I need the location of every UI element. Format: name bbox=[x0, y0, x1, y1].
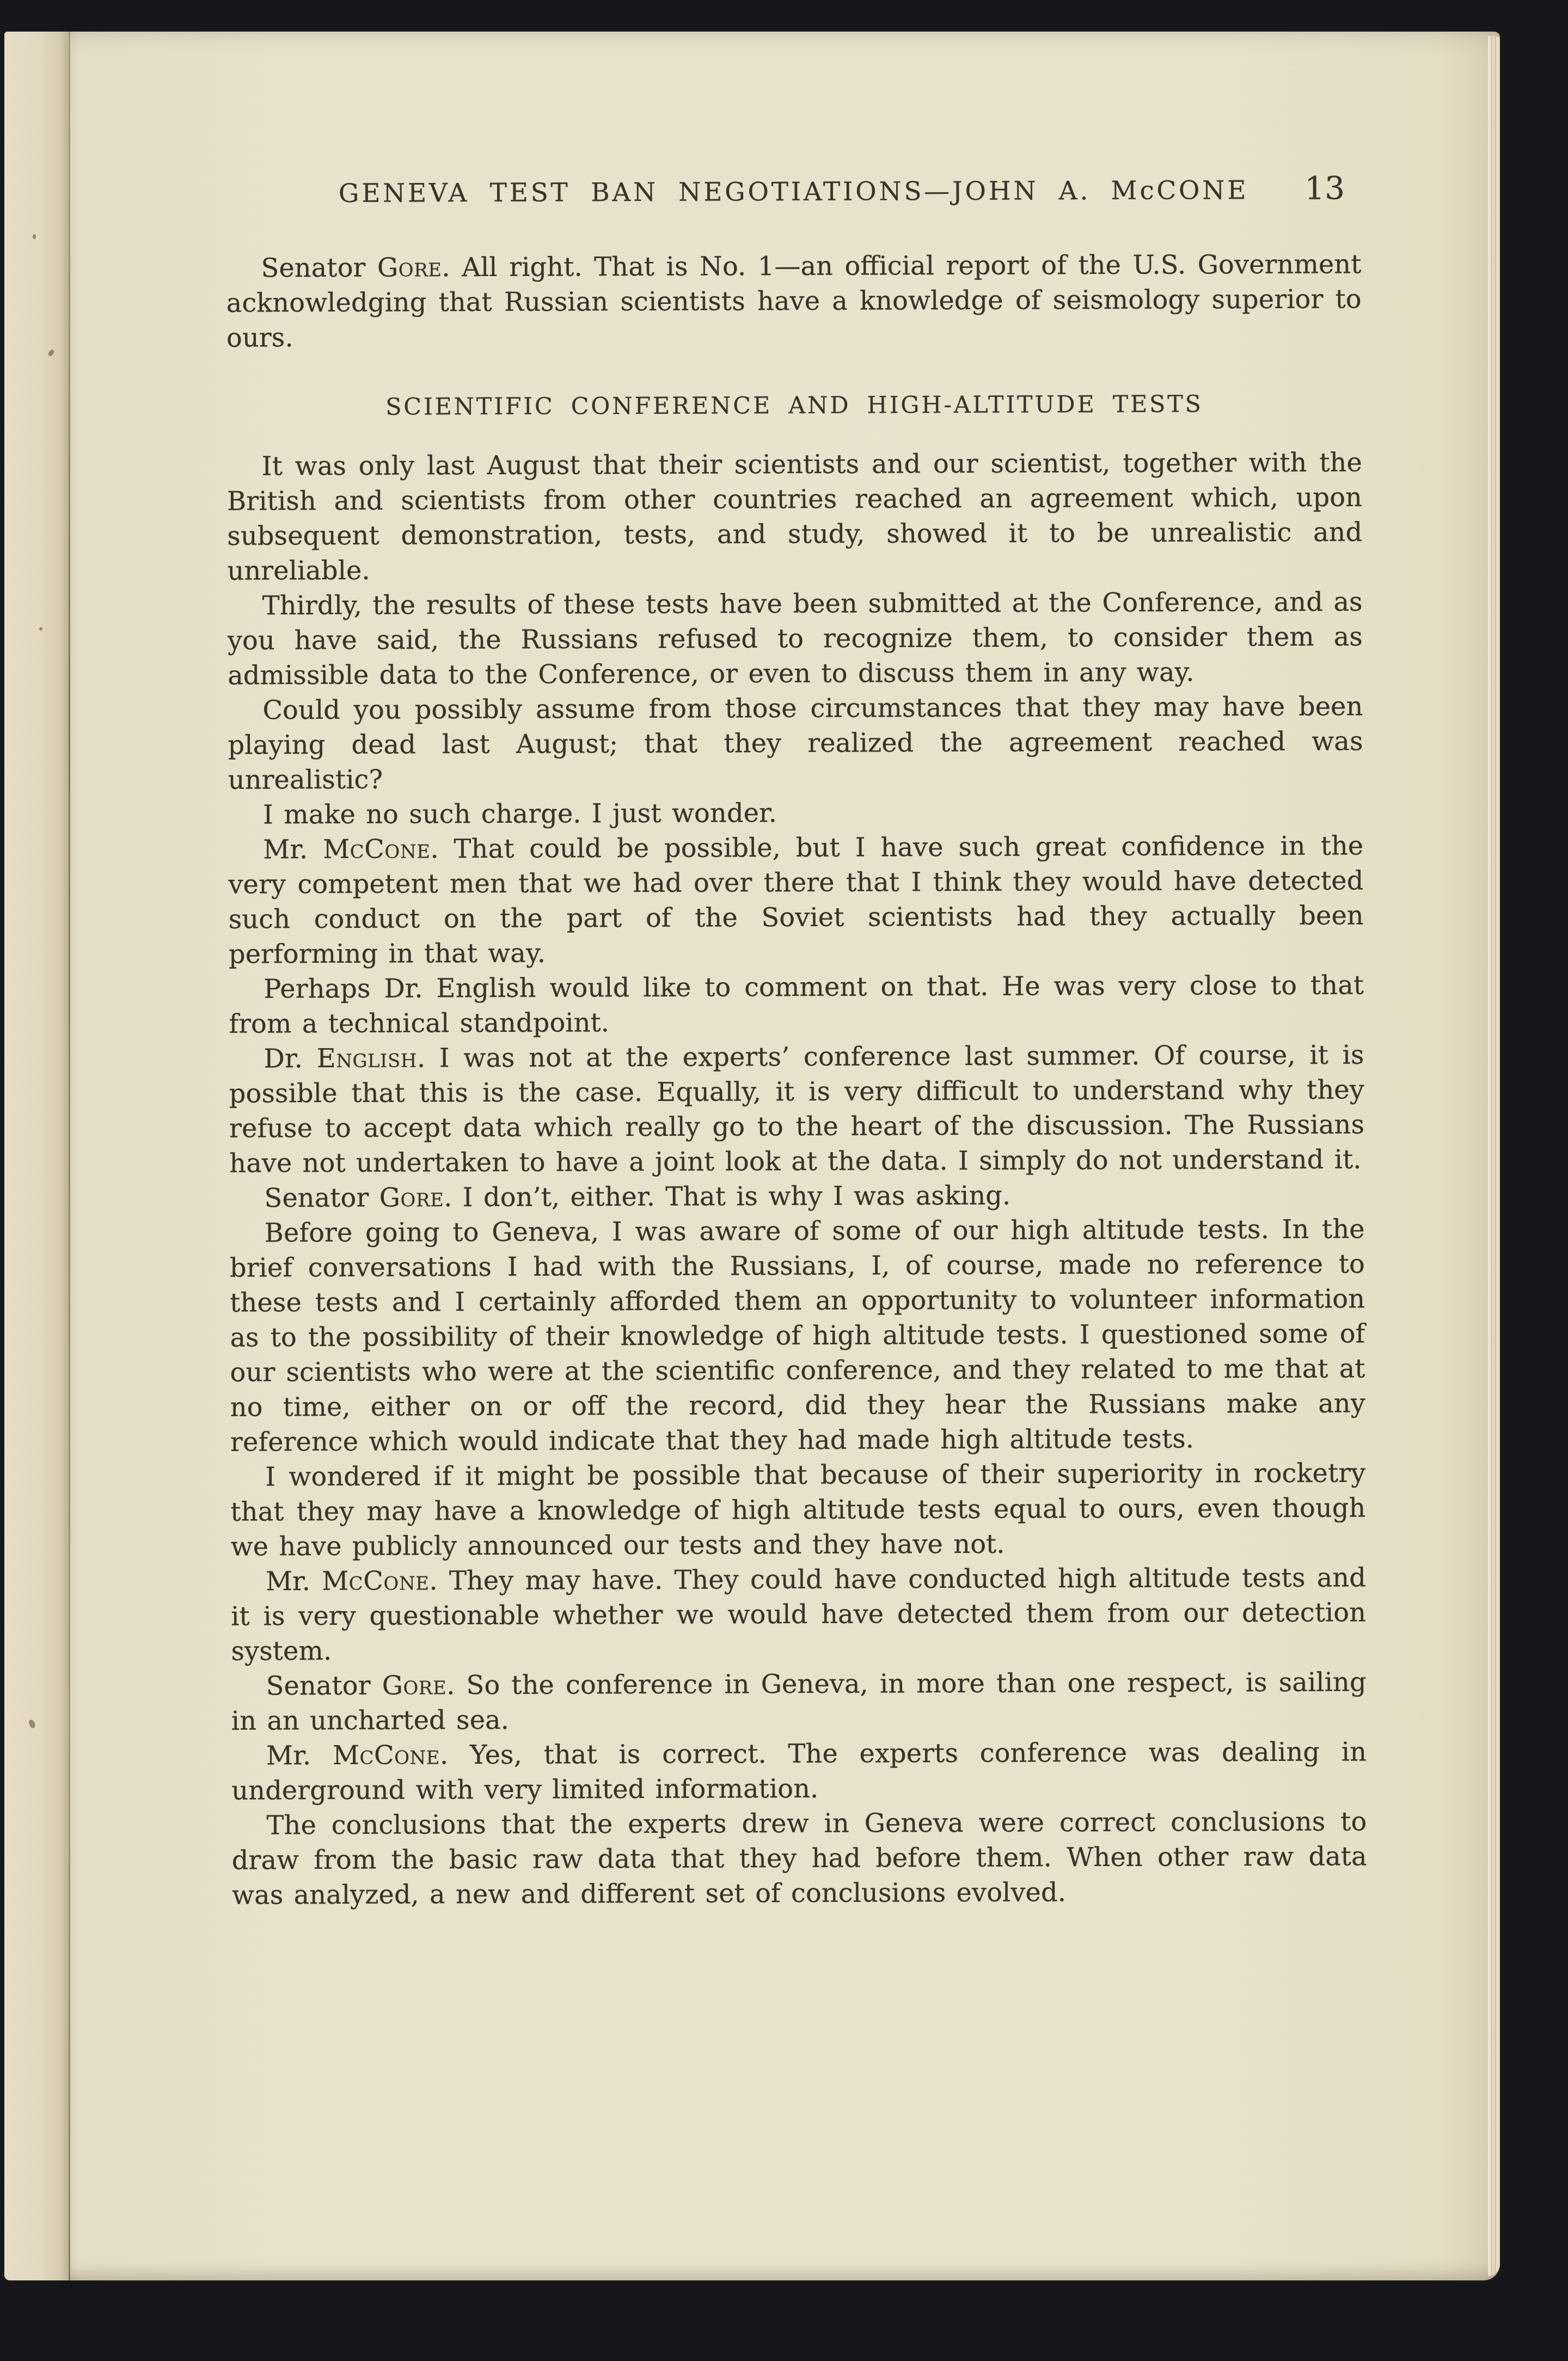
speaker-prefix: Senator bbox=[261, 253, 377, 284]
paragraph-text: Before going to Geneva, I was aware of s… bbox=[230, 1214, 1365, 1457]
body-text: Senator Gore. All right. That is No. 1—a… bbox=[226, 247, 1367, 1912]
paragraph: Senator Gore. So the conference in Genev… bbox=[231, 1665, 1366, 1738]
paragraph-text: The conclusions that the experts drew in… bbox=[232, 1806, 1367, 1910]
running-header: GENEVA TEST BAN NEGOTIATIONS—JOHN A. McC… bbox=[226, 174, 1361, 217]
section-heading: SCIENTIFIC CONFERENCE AND HIGH-ALTITUDE … bbox=[226, 389, 1362, 421]
speaker-name: Gore bbox=[382, 1670, 446, 1701]
speaker-prefix: Senator bbox=[266, 1671, 382, 1702]
page-edge-stack bbox=[1488, 36, 1500, 2276]
paragraph: Perhaps Dr. English would like to commen… bbox=[229, 968, 1364, 1041]
paragraph-text: It was only last August that their scien… bbox=[227, 447, 1362, 586]
speaker-name: McCone bbox=[322, 1565, 429, 1597]
page-content: GENEVA TEST BAN NEGOTIATIONS—JOHN A. McC… bbox=[225, 29, 1367, 1912]
paragraph: The conclusions that the experts drew in… bbox=[231, 1804, 1367, 1912]
header-title: GENEVA TEST BAN NEGOTIATIONS—JOHN A. McC… bbox=[226, 174, 1361, 210]
speaker-name: English bbox=[316, 1043, 416, 1074]
ink-speck bbox=[39, 627, 42, 631]
speaker-name: Gore bbox=[377, 252, 442, 283]
speaker-prefix: Mr. bbox=[266, 1740, 333, 1771]
paragraph: Mr. McCone. That could be possible, but … bbox=[228, 828, 1364, 971]
paragraph-text: . I don’t, either. That is why I was ask… bbox=[444, 1180, 1010, 1213]
paragraph: Senator Gore. All right. That is No. 1—a… bbox=[226, 247, 1362, 355]
paragraph: Thirdly, the results of these tests have… bbox=[228, 584, 1363, 693]
paragraph: Senator Gore. I don’t, either. That is w… bbox=[229, 1177, 1364, 1215]
paragraph: Could you possibly assume from those cir… bbox=[228, 689, 1363, 797]
page-number: 13 bbox=[1304, 170, 1345, 205]
paragraph: Dr. English. I was not at the experts’ c… bbox=[229, 1037, 1364, 1180]
paragraph: Mr. McCone. They may have. They could ha… bbox=[231, 1560, 1367, 1668]
paragraph-text: I make no such charge. I just wonder. bbox=[263, 798, 777, 830]
paragraph-text: Could you possibly assume from those cir… bbox=[228, 691, 1363, 795]
speaker-prefix: Mr. bbox=[266, 1566, 322, 1597]
speaker-prefix: Mr. bbox=[263, 834, 323, 865]
paragraph-text: I wondered if it might be possible that … bbox=[230, 1458, 1365, 1562]
paragraph: Mr. McCone. Yes, that is correct. The ex… bbox=[231, 1734, 1367, 1808]
ink-speck bbox=[33, 234, 36, 239]
speaker-prefix: Dr. bbox=[264, 1043, 316, 1074]
speaker-prefix: Senator bbox=[264, 1183, 379, 1214]
paragraph: I make no such charge. I just wonder. bbox=[228, 793, 1363, 832]
book-page: GENEVA TEST BAN NEGOTIATIONS—JOHN A. McC… bbox=[4, 32, 1500, 2280]
adjacent-page-edge bbox=[4, 32, 69, 2280]
speaker-name: Gore bbox=[379, 1182, 444, 1213]
paragraph: Before going to Geneva, I was aware of s… bbox=[230, 1212, 1366, 1459]
speaker-name: McCone bbox=[323, 834, 430, 865]
paragraph: I wondered if it might be possible that … bbox=[230, 1455, 1366, 1564]
paragraph: It was only last August that their scien… bbox=[227, 445, 1363, 588]
page-fold-line bbox=[69, 32, 70, 2280]
paragraph-text: Perhaps Dr. English would like to commen… bbox=[229, 970, 1364, 1039]
speaker-name: McCone bbox=[333, 1740, 440, 1771]
paragraph-text: Thirdly, the results of these tests have… bbox=[228, 586, 1363, 690]
